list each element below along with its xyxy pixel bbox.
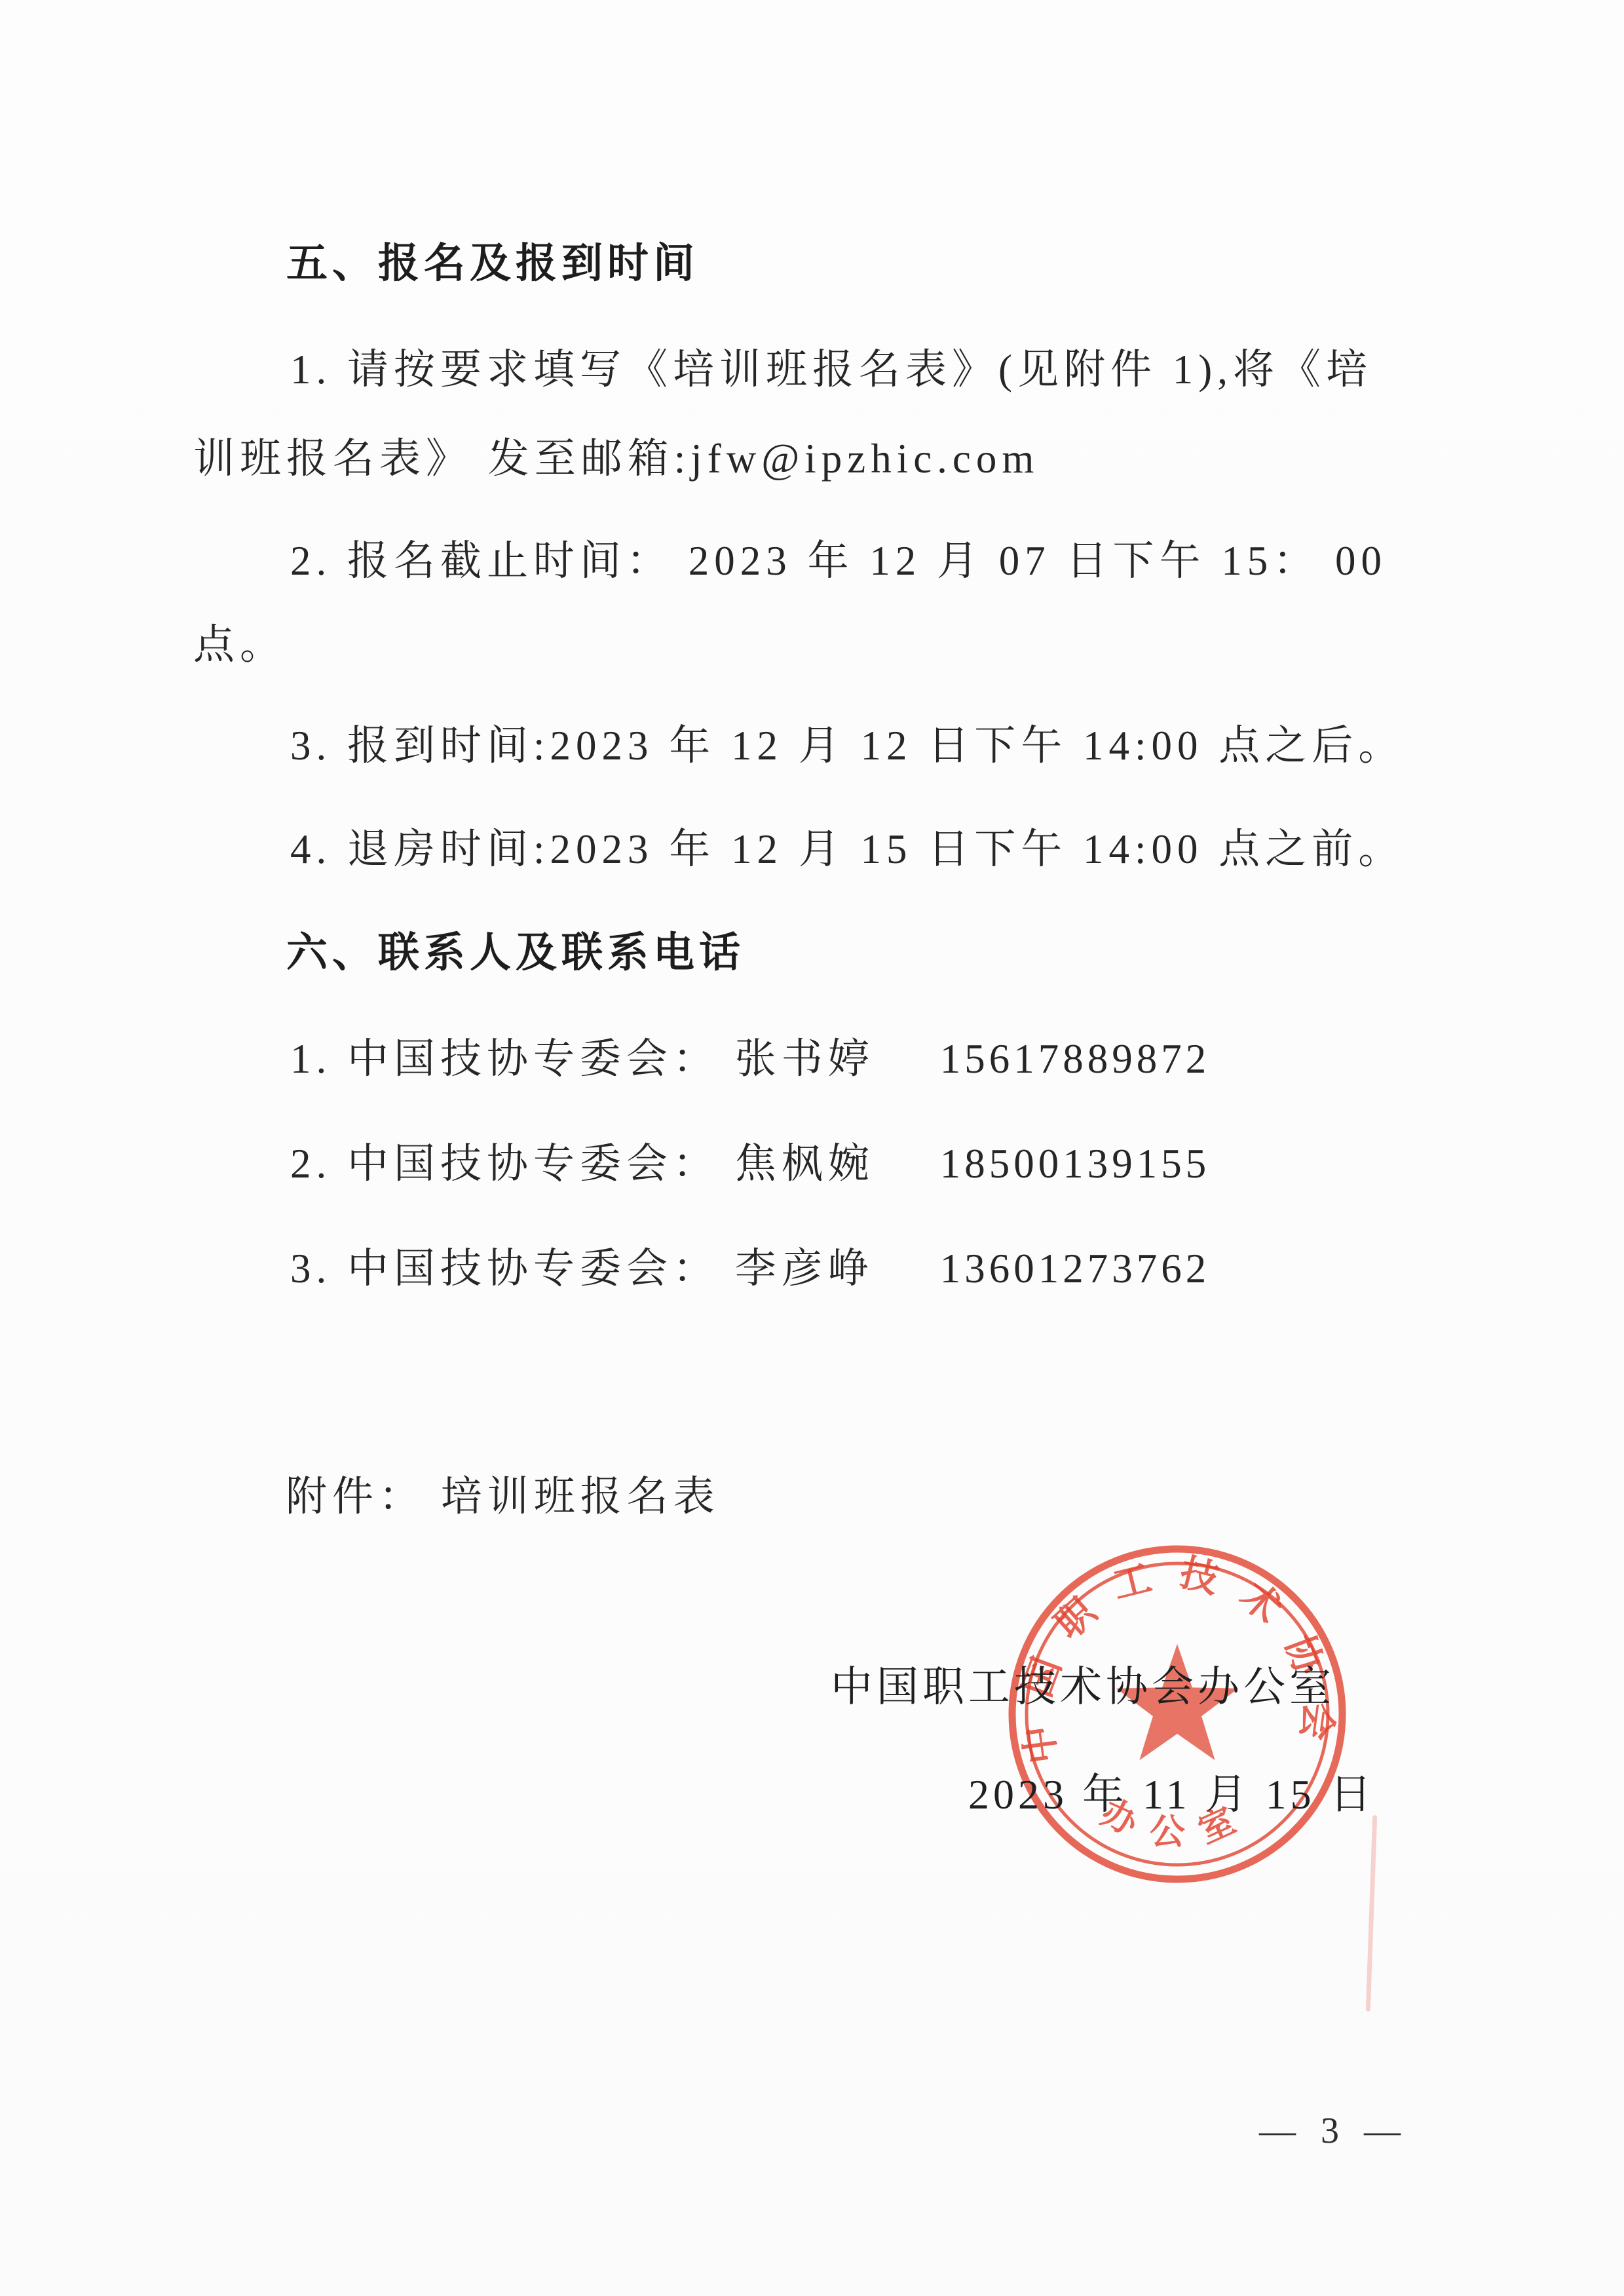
section5-item1-line2: 训班报名表》 发至邮箱:jfw@ipzhic.com [193, 435, 1039, 482]
signature-date: 2023 年 11 月 15 日 [968, 1770, 1376, 1819]
official-red-seal: 中国职工技术协会 办公室 [1002, 1535, 1352, 1896]
section5-item2-line2: 点。 [193, 621, 286, 668]
signature-organization: 中国职工技术协会办公室 [831, 1663, 1335, 1712]
contact-1-label: 1. 中国技协专委会： 张书婷 [290, 1036, 875, 1082]
contact-row-1: 1. 中国技协专委会： 张书婷15617889872 [290, 1035, 1210, 1082]
seal-ink-smudge [1366, 1815, 1377, 2012]
section6-heading: 六、联系人及联系电话 [286, 929, 745, 976]
contact-row-2: 2. 中国技协专委会： 焦枫婉18500139155 [290, 1140, 1210, 1187]
contact-2-label: 2. 中国技协专委会： 焦枫婉 [290, 1141, 875, 1187]
section5-item4: 4. 退房时间:2023 年 12 月 15 日下午 14:00 点之前。 [290, 826, 1405, 873]
page-number: — 3 — [1259, 2110, 1408, 2152]
contact-3-label: 3. 中国技协专委会： 李彦峥 [290, 1246, 875, 1291]
contact-3-phone: 13601273762 [940, 1246, 1211, 1291]
section5-item1-line1: 1. 请按要求填写《培训班报名表》(见附件 1),将《培 [290, 346, 1372, 393]
contact-row-3: 3. 中国技协专委会： 李彦峥13601273762 [290, 1245, 1210, 1292]
section5-item3: 3. 报到时间:2023 年 12 月 12 日下午 14:00 点之后。 [290, 722, 1405, 769]
scanned-document-page: 五、报名及报到时间 1. 请按要求填写《培训班报名表》(见附件 1),将《培 训… [0, 0, 1624, 2296]
attachment-note: 附件： 培训班报名表 [286, 1473, 720, 1520]
contact-2-phone: 18500139155 [940, 1141, 1211, 1187]
section5-heading: 五、报名及报到时间 [286, 240, 699, 287]
section5-item2-line1: 2. 报名截止时间： 2023 年 12 月 07 日下午 15： 00 [290, 537, 1387, 584]
contact-1-phone: 15617889872 [940, 1036, 1211, 1082]
